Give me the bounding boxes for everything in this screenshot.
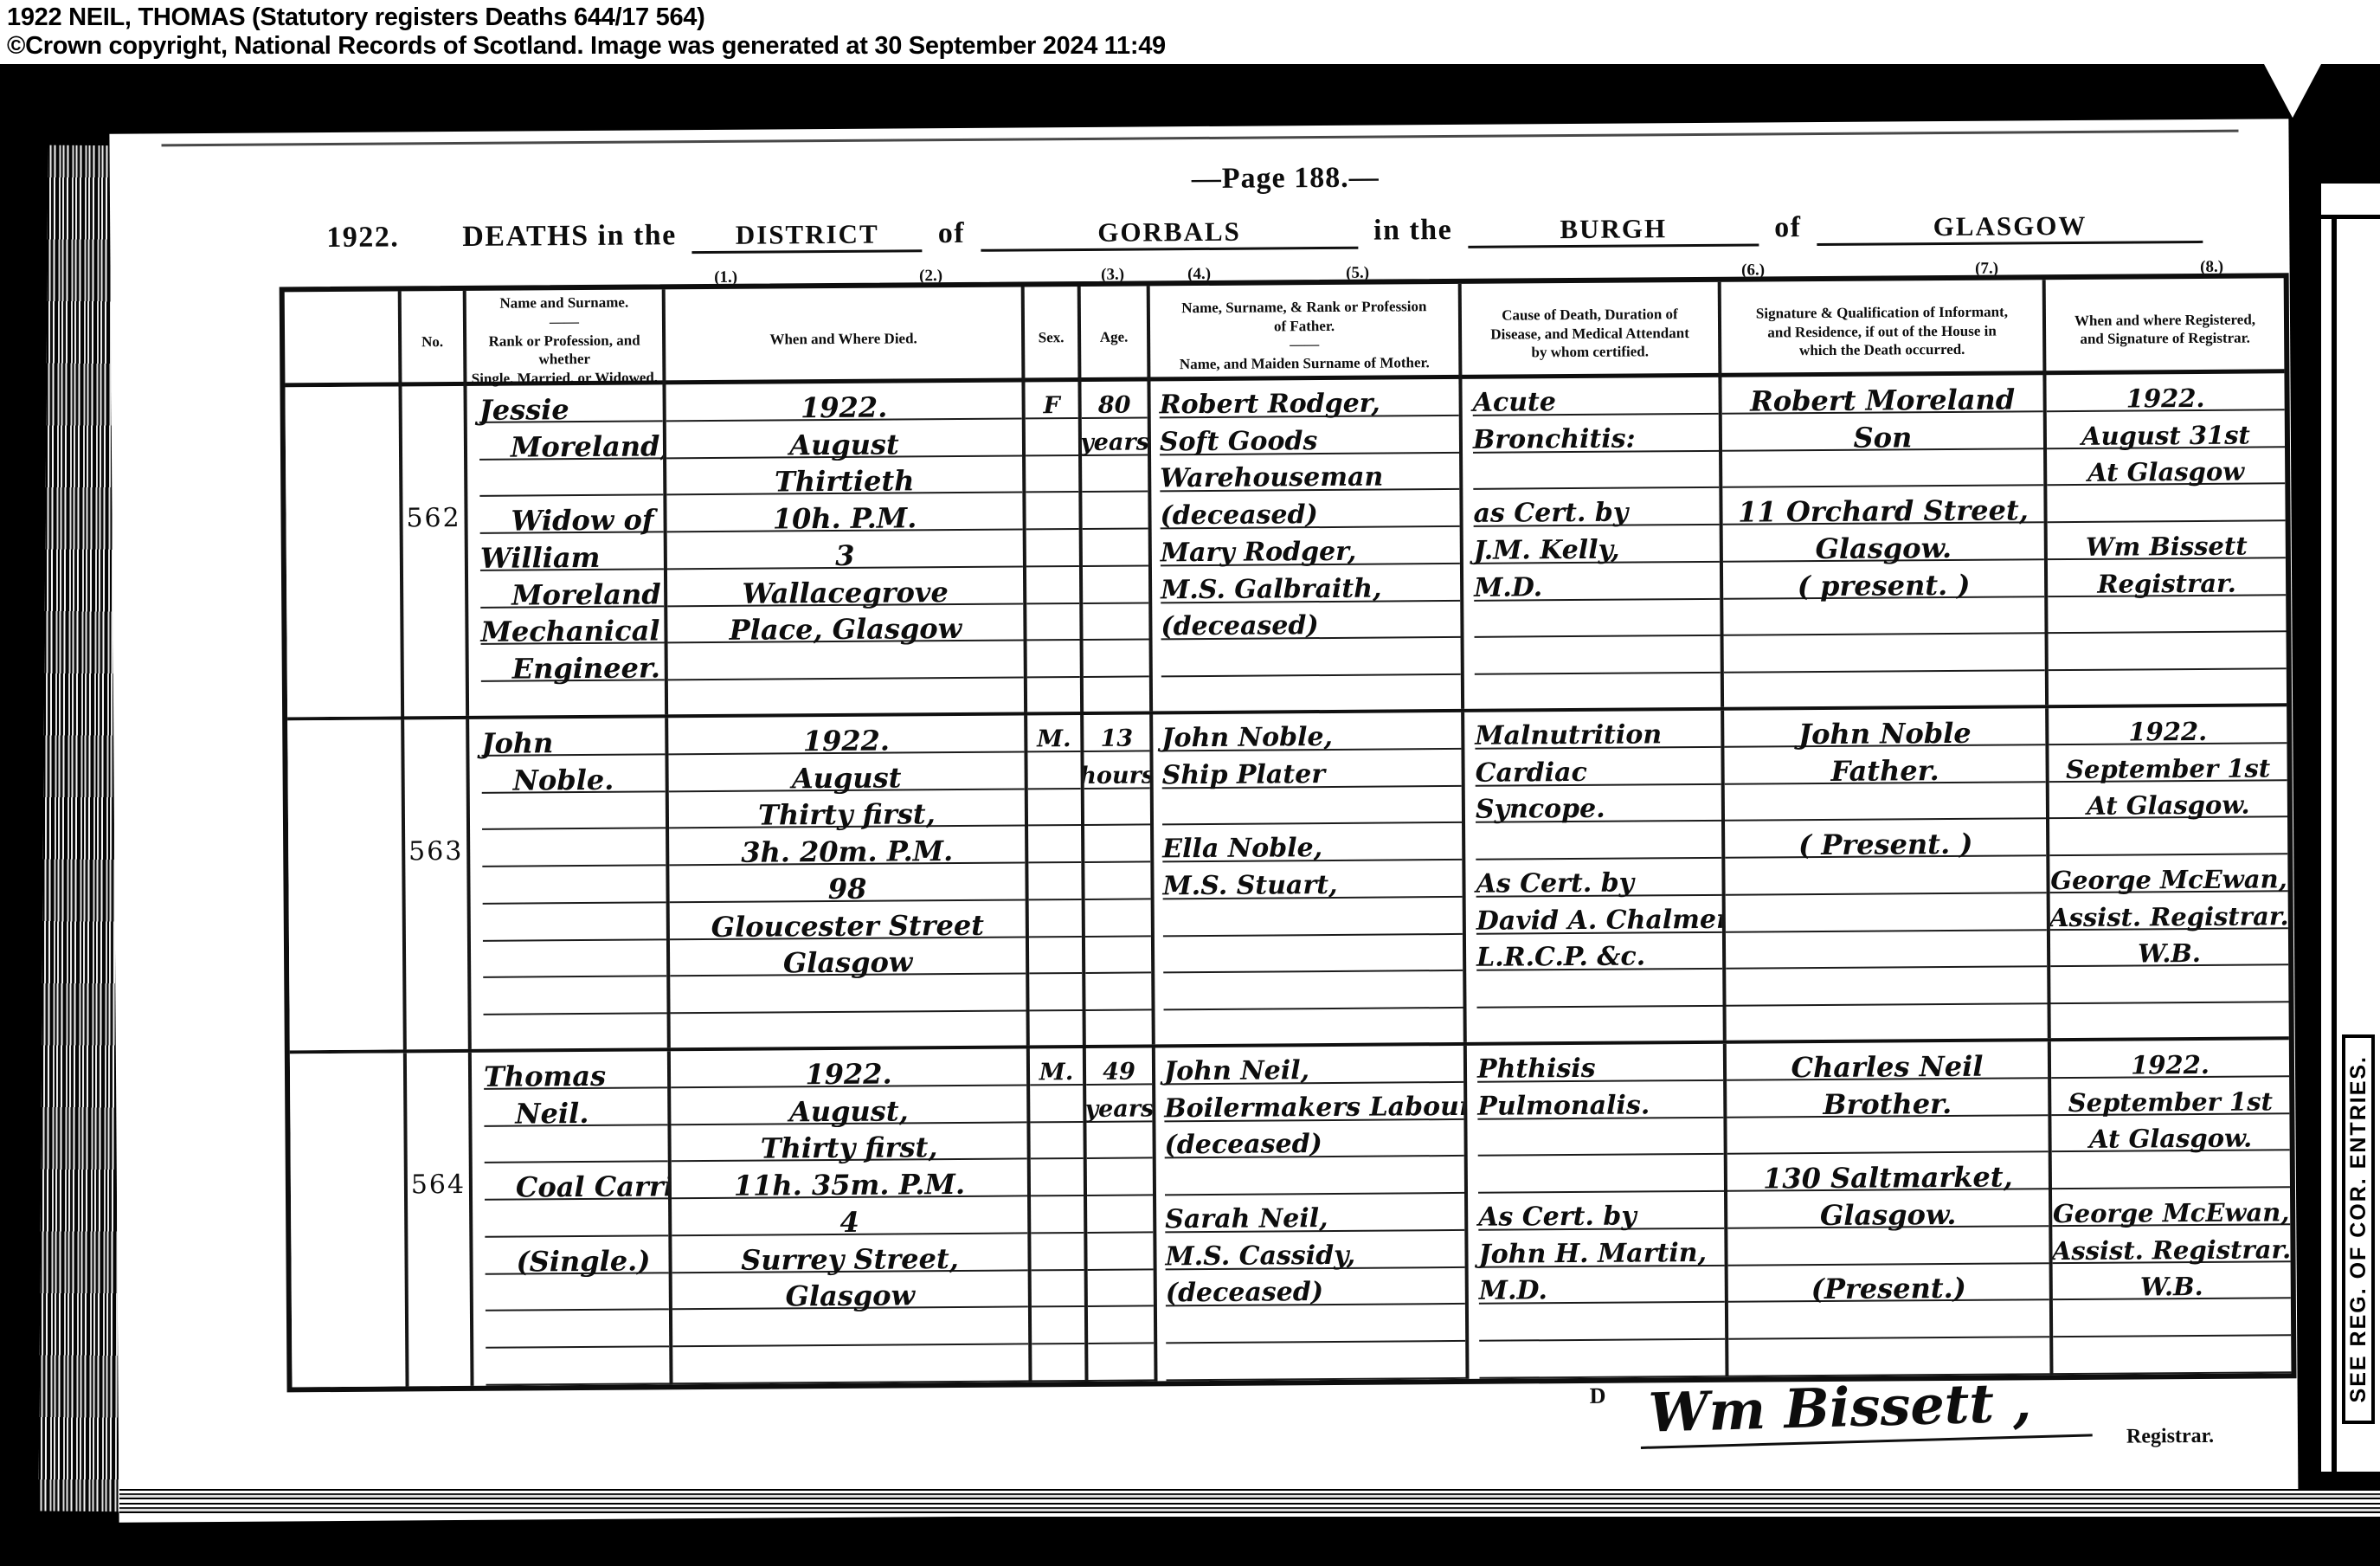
handwriting-text: Engineer. [512,653,660,685]
ruled-line [1026,493,1078,530]
ruled-line [486,1311,669,1349]
handwriting-text: John Noble [1798,718,1972,750]
header-age: Age. [1081,286,1151,387]
handwriting-text: Malnutrition [1475,719,1662,752]
cell-margin [285,386,404,717]
handwriting-text: Charles Neil [1791,1050,1983,1083]
ruled-line: Cardiac [1475,748,1721,787]
handwriting-text: August [792,762,902,794]
ruled-line [1028,826,1081,863]
ruled-line [1083,566,1148,603]
ruled-line: M.S. Stuart, [1162,860,1462,899]
table-row: 564ThomasNeil.Coal Carrier.(Single.)1922… [290,1040,2292,1387]
ruled-line [1477,1118,1723,1157]
ruled-line [1088,1270,1154,1307]
ruled-line: Thirty first, [669,789,1025,829]
ruled-line [1026,604,1079,641]
handwriting-text: John Noble, [1161,722,1333,754]
ruled-line: Wallacegrove [667,567,1023,607]
handwriting-text: Neil. [515,1098,589,1130]
corrected-entries-stamp: SEE REG. OF COR. ENTRIES. [2342,1034,2375,1424]
ruled-line [1476,822,1721,860]
ruled-line [672,1345,1028,1385]
ruled-line: George McEwan, [2052,1188,2290,1227]
cell-informant: Charles NeilBrother.130 Saltmarket,Glasg… [1727,1041,2054,1377]
ruled-line: At Glasgow. [2051,1114,2289,1153]
handwriting-text: At Glasgow. [2089,1123,2252,1155]
handwriting-text: Glasgow [785,1280,915,1312]
handwriting-text: Thomas [484,1060,606,1092]
handwriting-text: 1922. [2131,1049,2210,1081]
ruled-line [1478,1155,1724,1194]
ruled-line: August 31st [2047,410,2285,449]
ruled-line: John Neil, [1164,1046,1463,1085]
ruled-line [1163,935,1463,974]
ruled-line [1473,451,1719,490]
ruled-line: At Glasgow. [2049,781,2287,820]
ruled-line [1026,530,1079,567]
cell-registered: 1922.September 1stAt Glasgow.George McEw… [2051,1040,2292,1375]
ruled-line: John [481,718,665,756]
ruled-line: Charles Neil [1727,1041,2048,1080]
title-burgh-label: BURGH [1468,213,1759,248]
register-title: 1922. DEATHS in the DISTRICT of GORBALS … [326,209,2213,256]
handwriting-text: Wallacegrove [742,577,949,609]
cell-age: 49years [1086,1047,1158,1382]
ruled-line: M. [1030,1048,1083,1086]
ruled-line: Phthisis [1477,1044,1723,1083]
handwriting-text: Sarah Neil, [1165,1203,1328,1235]
handwriting-text: Place, Glasgow [730,613,962,646]
ruled-line [1030,1011,1083,1045]
handwriting-text: Boilermakers Labourer [1164,1091,1469,1125]
cell-parents: Robert Rodger,Soft GoodsWarehouseman(dec… [1150,379,1464,712]
title-year: 1922. [326,221,399,255]
cell-sex: F [1025,382,1084,712]
handwriting-text: 3h. 20m. P.M. [741,835,953,868]
header-sex: Sex. [1025,287,1082,388]
ruled-line: (Single.) [485,1236,668,1274]
handwriting-text: (deceased) [1164,1129,1322,1161]
ruled-line [1726,893,2047,932]
cell-no: 563 [404,719,472,1050]
ruled-line [1031,1196,1084,1234]
handwriting-text: At Glasgow [2087,456,2244,488]
handwriting-text: Wm Bissett [2086,530,2248,562]
ruled-line [1475,636,1721,675]
handwriting-text: September 1st [2068,1086,2273,1118]
ruled-line [1026,419,1078,456]
ruled-line: September 1st [2051,1077,2289,1116]
ruled-line: Soft Goods [1160,416,1459,455]
table-header-row: No. Name and Surname. —— Rank or Profess… [285,278,2285,387]
ruled-line: Moreland, [479,422,663,460]
corrected-entries-text: SEE REG. OF COR. ENTRIES. [2346,1055,2371,1402]
ruled-line [2050,966,2288,1005]
handwriting-text: M.S. Galbraith, [1161,573,1382,606]
ruled-line: Brother. [1727,1079,2048,1118]
cell-registered: 1922.September 1stAt Glasgow.George McEw… [2049,706,2289,1038]
ruled-line [1087,1159,1153,1196]
ruled-line: (Present.) [1728,1264,2049,1303]
handwriting-text: August [789,429,899,461]
handwriting-text: George McEwan, [2050,863,2287,896]
ruled-line: Widow of [479,496,663,534]
header-parents: Name, Surname, & Rank or Profession of F… [1150,284,1463,387]
ruled-line [1476,970,1722,1009]
cell-age: 80years [1081,381,1153,712]
ruled-line: M.S. Cassidy, [1165,1231,1464,1270]
handwriting-text: L.R.C.P. &c. [1476,942,1645,974]
ruled-line [1026,567,1079,604]
registrar-label: Registrar. [2126,1425,2214,1449]
handwriting-text: As Cert. by [1478,1201,1637,1233]
ruled-line [1085,937,1151,974]
ruled-line: 3h. 20m. P.M. [669,827,1025,867]
ruled-line [1082,455,1148,493]
ruled-line [483,977,666,1015]
ruled-line [1086,1011,1152,1045]
ruled-line [1725,856,2046,895]
ruled-line: 1922. [2046,373,2284,412]
ruled-line: August [668,752,1024,792]
ruled-line: M.D. [1474,563,1720,602]
ruled-line: W.B. [2053,1262,2291,1301]
handwriting-text: W.B. [2140,1271,2203,1303]
ruled-line: Robert Moreland [1721,375,2042,414]
ruled-line [1725,783,2046,822]
handwriting-text: Surrey Street, [741,1243,959,1276]
ruled-line: L.R.C.P. &c. [1476,932,1722,971]
ruled-line [1479,1303,1725,1342]
ruled-line [1031,1159,1084,1196]
handwriting-text: Brother. [1823,1088,1952,1120]
ruled-line: M.D. [1479,1266,1725,1305]
entry-number: 562 [402,503,464,533]
ruled-line: Glasgow [672,1271,1028,1311]
ruled-line: Wm Bissett [2048,521,2286,560]
header-no: No. [402,291,467,392]
ruled-line [1726,968,2047,1007]
header-registered: When and where Registered, and Signature… [2046,278,2285,381]
ruled-line [1086,1122,1152,1159]
ruled-line [2047,485,2285,524]
ruled-line: 4 [672,1196,1027,1236]
ruled-line: F [1025,382,1077,419]
table-body: 562JessieMoreland,Widow ofWilliamMorelan… [285,373,2291,1387]
ruled-line [1028,863,1081,900]
title-district-value: GORBALS [981,216,1358,252]
ruled-line: John H. Martin, [1478,1229,1724,1268]
handwriting-text: 10h. P.M. [773,502,917,534]
title-burgh-value: GLASGOW [1817,209,2203,246]
ruled-line [1030,1086,1083,1123]
handwriting-text: Son [1853,422,1912,453]
handwriting-text: David A. Chalmers [1476,904,1727,937]
ruled-line: hours [1084,751,1149,789]
ruled-line [1088,1344,1154,1382]
handwriting-text: F [1043,390,1059,422]
ruled-line [1723,597,2044,636]
ruled-line [1083,603,1148,641]
header-name: Name and Surname. —— Rank or Profession,… [466,289,666,391]
ruled-line [1084,678,1149,712]
handwriting-text: Gloucester Street [711,909,985,942]
bookmark-notch [2264,64,2321,118]
ruled-line [1166,1342,1465,1381]
handwriting-text: Moreland, [511,430,668,462]
handwriting-text: 49 [1103,1056,1135,1087]
ruled-line: 49 [1086,1047,1152,1085]
ruled-line: Glasgow. [1727,1189,2049,1228]
ruled-line: (deceased) [1160,490,1459,529]
ruled-line: years [1082,418,1148,455]
handwriting-text: years [1086,1093,1155,1125]
handwriting-text: 1922. [805,1058,891,1090]
ruled-line [1088,1307,1154,1344]
ruled-line [1477,1007,1723,1042]
handwriting-text: Pulmonalis. [1477,1090,1650,1122]
cell-name: ThomasNeil.Coal Carrier.(Single.) [472,1051,673,1386]
ruled-line: August, [671,1086,1026,1125]
ruled-line [1031,1234,1084,1271]
cell-cause: AcuteBronchitis:as Cert. byJ.M. Kelly,M.… [1462,377,1724,709]
handwriting-text: (Present.) [1811,1273,1966,1305]
handwriting-text: W.B. [2138,938,2201,970]
handwriting-text: Bronchitis: [1473,423,1636,455]
ruled-line: Noble. [481,755,665,793]
handwriting-text: Phthisis [1477,1054,1596,1086]
ruled-line: ( present. ) [1723,560,2044,599]
ruled-line: 80 [1081,381,1147,418]
handwriting-text: Glasgow. [1820,1199,1957,1231]
ruled-line: Assist. Registrar. [2050,892,2288,931]
ruled-line: Ship Plater [1161,750,1461,789]
handwriting-text: Mary Rodger, [1161,537,1357,570]
ruled-line: Pulmonalis. [1477,1081,1723,1120]
ruled-line: Neil. [484,1088,667,1126]
handwriting-text: 13 [1100,723,1133,754]
ruled-line: Registrar. [2048,558,2286,597]
ruled-line [1032,1271,1084,1308]
handwriting-text: (deceased) [1161,610,1318,642]
ruled-line [1027,678,1080,712]
ruled-line [1084,641,1149,678]
ruled-line: Mary Rodger, [1161,527,1460,566]
handwriting-text: John [481,727,553,759]
ruled-line [1726,931,2047,970]
title-of-2: of [1774,211,1802,244]
cell-parents: John Noble,Ship PlaterElla Noble,M.S. St… [1153,712,1467,1045]
ruled-line [1085,899,1151,937]
cell-died: 1922.AugustThirty first,3h. 20m. P.M.98G… [668,715,1030,1047]
ruled-line [1084,862,1150,899]
ruled-line [1161,638,1461,677]
ruled-line: Glasgow. [1723,523,2044,562]
handwriting-text: Noble. [513,764,614,796]
handwriting-text: Thirtieth [775,466,915,498]
ruled-line [1027,641,1080,678]
handwriting-text: ( present. ) [1798,569,1971,601]
handwriting-text: Syncope. [1476,794,1605,826]
ruled-line: M. [1027,715,1080,752]
cell-margin [290,1053,409,1387]
ruled-line [481,680,665,715]
ruled-line [1029,938,1082,975]
handwriting-text: as Cert. by [1473,498,1628,530]
handwriting-text: Warehouseman [1160,462,1383,495]
cell-died: 1922.August,Thirty first,11h. 35m. P.M.4… [671,1048,1032,1384]
ruled-line [482,829,666,867]
ruled-line [1164,1009,1463,1044]
handwriting-text: Thirty first, [758,798,936,830]
ruled-line: Warehouseman [1160,453,1459,492]
ruled-line [483,903,666,941]
ruled-line [1724,671,2045,706]
ruled-line: Surrey Street, [672,1234,1027,1273]
handwriting-text: John Neil, [1164,1055,1309,1087]
ruled-line [1028,789,1081,827]
ruled-line [1030,1123,1083,1160]
next-page-top-border [2321,215,2380,219]
handwriting-text: 1922. [2128,716,2207,748]
handwriting-text: Jessie [479,394,569,426]
register-table: No. Name and Surname. —— Rank or Profess… [280,273,2297,1392]
handwriting-text: 11 Orchard Street, [1738,494,2029,527]
ruled-line: As Cert. by [1478,1192,1724,1231]
entry-number: 564 [408,1170,469,1200]
cell-sex: M. [1030,1048,1089,1382]
handwriting-text: Registrar. [2097,567,2236,599]
ruled-line: 1922. [671,1048,1026,1088]
ruled-line: ( Present. ) [1725,820,2046,859]
ruled-line: Coal Carrier. [485,1163,668,1201]
ruled-line: Syncope. [1476,784,1721,823]
ruled-line: Thomas [484,1051,667,1089]
handwriting-text: 4 [839,1207,859,1238]
cell-no: 564 [407,1053,474,1387]
header-margin [285,291,402,393]
ruled-line: 11h. 35m. P.M. [672,1160,1027,1200]
cell-cause: MalnutritionCardiacSyncope.As Cert. byDa… [1464,711,1727,1042]
ruled-line: Place, Glasgow [667,604,1023,644]
ruled-line: Acute [1472,377,1718,416]
ruled-line: William [480,532,664,570]
ruled-line: Bronchitis: [1473,415,1719,454]
ruled-line [479,459,663,497]
ruled-line: Thirtieth [666,456,1022,496]
title-deaths-label: DEATHS in the [462,219,677,254]
bottom-page-edges [119,1489,2380,1517]
ruled-line [1474,599,1720,638]
ruled-line [2051,1002,2289,1038]
ruled-line [1032,1344,1084,1382]
ruled-line [1032,1307,1084,1344]
ruled-line [486,1347,669,1385]
handwriting-text: 1922. [2126,383,2205,415]
title-of-1: of [938,217,966,250]
ruled-line: Moreland [480,570,664,608]
ruled-line: Boilermakers Labourer [1164,1083,1463,1122]
ruled-line [1163,898,1463,937]
ruled-line [1029,900,1082,938]
ruled-line [1029,974,1082,1011]
plate-mark: D [1590,1383,1606,1409]
ruled-line: (deceased) [1164,1119,1463,1158]
ruled-line [1479,1340,1725,1379]
handwriting-text: (deceased) [1160,499,1317,532]
cell-no: 562 [402,386,469,717]
handwriting-text: Soft Goods [1160,426,1318,458]
ruled-line: John Noble [1724,708,2045,747]
ruled-line [1083,530,1148,567]
handwriting-text: Acute [1473,387,1557,419]
ruled-line [2052,1151,2290,1190]
cell-margin [287,719,407,1050]
handwriting-text: Moreland [511,578,661,610]
ruled-line: W.B. [2050,929,2288,968]
column-number-row: (1.)(2.)(3.)(4.)(5.)(6.)(7.)(8.) [109,119,2288,134]
handwriting-text: M.S. Stuart, [1162,870,1337,902]
ruled-line: M.S. Galbraith, [1161,564,1460,603]
handwriting-text: M.D. [1474,572,1542,604]
page-number: —Page 188.— [1192,162,1380,197]
handwriting-text: M.D. [1479,1276,1547,1308]
ruled-line: George McEwan, [2049,854,2287,893]
cell-parents: John Neil,Boilermakers Labourer(deceased… [1155,1046,1470,1382]
handwriting-text: Robert Rodger, [1160,388,1380,421]
metadata-header-bar: 1922 NEIL, THOMAS (Statutory registers D… [0,0,2380,64]
ruled-line [1722,449,2043,488]
handwriting-text: J.M. Kelly, [1474,534,1620,566]
ruled-line: Sarah Neil, [1165,1194,1464,1233]
cell-sex: M. [1027,715,1086,1045]
ruled-line: Glasgow [670,938,1026,977]
cell-informant: John NobleFather.( Present. ) [1724,708,2051,1041]
title-in-the: in the [1373,214,1452,248]
ruled-line: 11 Orchard Street, [1722,487,2043,525]
ruled-line [1087,1195,1153,1233]
ruled-line [486,1273,669,1311]
ruled-line [484,1125,667,1163]
header-died: When and Where Died. [666,287,1026,390]
ruled-line: 1922. [666,382,1021,422]
handwriting-text: 1922. [801,391,887,423]
ruled-line: Malnutrition [1475,711,1721,750]
entry-number: 563 [405,836,466,867]
handwriting-text: William [480,542,601,574]
ruled-line [2049,669,2287,705]
ruled-line [1087,1233,1153,1270]
title-district-label: DISTRICT [692,218,923,254]
handwriting-text: Widow of [511,504,653,536]
ruled-line: Assist. Registrar. [2052,1225,2290,1264]
ruled-line: Robert Rodger, [1159,379,1458,418]
handwriting-text: August 31st [2081,419,2250,451]
ruled-line [1475,673,1721,709]
ruled-line [670,975,1026,1015]
handwriting-text: Glasgow [783,947,913,979]
handwriting-text: Cardiac [1476,757,1587,789]
register-page: —Page 188.— 1922. DEATHS in the DISTRICT… [109,119,2298,1523]
ruled-line [668,641,1024,681]
ruled-line [485,1199,668,1237]
handwriting-text: M.S. Cassidy, [1165,1240,1355,1273]
ruled-line: 13 [1084,714,1149,751]
handwriting-text: Assist. Registrar. [2049,900,2289,933]
ruled-line: 130 Saltmarket, [1727,1152,2049,1191]
ruled-line: 1922. [2049,706,2287,745]
